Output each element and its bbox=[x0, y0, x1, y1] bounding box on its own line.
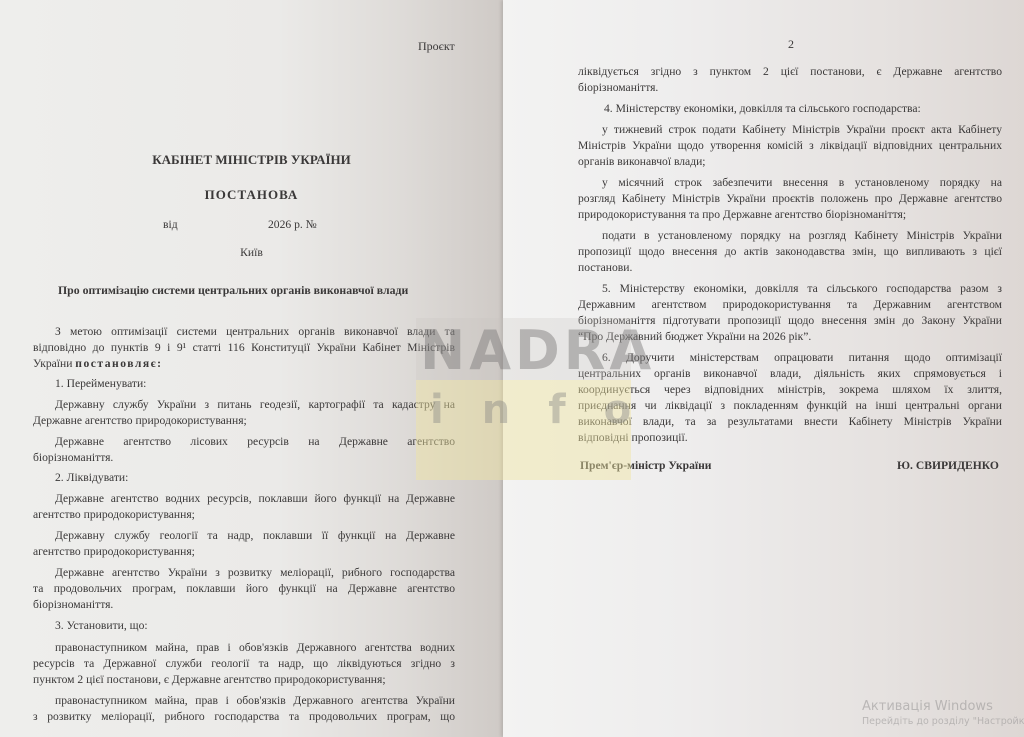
item-4-b-line: у місячний строк забезпечити внесення в … bbox=[578, 175, 1002, 191]
item-5-line: Державним агентством природокористування… bbox=[578, 297, 1002, 313]
item-2-c-line: біорізноманіття. bbox=[33, 597, 455, 613]
signature-name: Ю. СВИРИДЕНКО bbox=[897, 458, 999, 474]
date-year-label: 2026 р. № bbox=[268, 217, 317, 233]
document-subject: Про оптимізацію системи центральних орга… bbox=[58, 282, 408, 298]
item-2-title: 2. Ліквідувати: bbox=[55, 470, 477, 486]
continuation-line: біорізноманіття. bbox=[578, 80, 1002, 96]
document-type-heading: ПОСТАНОВА bbox=[0, 187, 503, 203]
item-4-c-line: постанови. bbox=[578, 260, 1002, 276]
item-1-title: 1. Перейменувати: bbox=[55, 376, 477, 392]
organization-heading: КАБІНЕТ МІНІСТРІВ УКРАЇНИ bbox=[0, 152, 503, 168]
item-4-b-line: природокористування та про Державне аген… bbox=[578, 207, 1002, 223]
city-label: Київ bbox=[0, 245, 503, 261]
page-number: 2 bbox=[788, 36, 794, 52]
item-1-a-line: Державне агентство природокористування; bbox=[33, 413, 455, 429]
preamble-text: України bbox=[33, 357, 75, 370]
item-2-a-line: агентство природокористування; bbox=[33, 507, 455, 523]
preamble-line: З метою оптимізації системи центральних … bbox=[33, 324, 455, 340]
item-3-a-line: правонаступником майна, прав і обов'язкі… bbox=[33, 640, 455, 656]
item-4-a-line: у тижневий строк подати Кабінету Міністр… bbox=[578, 122, 1002, 138]
draft-label: Проєкт bbox=[418, 38, 455, 54]
windows-activation-subtitle: Перейдіть до розділу "Настройки" bbox=[862, 716, 1024, 728]
item-2-a-line: Державне агентство водних ресурсів, покл… bbox=[33, 491, 455, 507]
item-2-c-line: Державне агентство України з розвитку ме… bbox=[33, 565, 455, 581]
item-2-b-line: агентство природокористування; bbox=[33, 544, 455, 560]
item-3-title: 3. Установити, що: bbox=[55, 618, 477, 634]
item-3-b-line: правонаступником майна, прав і обов'язкі… bbox=[33, 693, 455, 709]
item-4-b-line: розгляд Кабінету Міністрів України проєк… bbox=[578, 191, 1002, 207]
item-1-a-line: Державну службу України з питань геодезі… bbox=[33, 397, 455, 413]
item-4-c-line: пропозиції щодо внесення до актів законо… bbox=[578, 244, 1002, 260]
windows-activation-title: Активація Windows bbox=[862, 699, 993, 715]
watermark-sub: info bbox=[430, 388, 669, 432]
watermark-brand: NADRA bbox=[420, 322, 655, 380]
item-3-a-line: ресурсів та Державної служби геології та… bbox=[33, 656, 455, 672]
item-1-b-line: біорізноманіття. bbox=[33, 450, 455, 466]
item-3-b-line: з розвитку меліорації, рибного господарс… bbox=[33, 709, 455, 725]
item-1-b-line: Державне агентство лісових ресурсів на Д… bbox=[33, 434, 455, 450]
item-5-line: 5. Міністерству економіки, довкілля та с… bbox=[578, 281, 1002, 297]
item-4-a-line: Міністрів України щодо утворення комісій… bbox=[578, 138, 1002, 154]
item-4-c-line: подати в установленому порядку на розгля… bbox=[578, 228, 1002, 244]
decree-keyword: постановляє: bbox=[75, 357, 162, 370]
date-from-label: від bbox=[163, 217, 178, 233]
item-3-a-line: пунктом 2 цієї постанови, є Державне аге… bbox=[33, 672, 455, 688]
item-4-title: 4. Міністерству економіки, довкілля та с… bbox=[604, 101, 1024, 117]
continuation-line: ліквідується згідно з пунктом 2 цієї пос… bbox=[578, 64, 1002, 80]
preamble-line: України постановляє: bbox=[33, 356, 455, 372]
item-2-b-line: Державну службу геології та надр, поклав… bbox=[33, 528, 455, 544]
item-4-a-line: органів виконавчої влади; bbox=[578, 154, 1002, 170]
preamble-line: відповідно до пунктів 9 і 9¹ статті 116 … bbox=[33, 340, 455, 356]
item-2-c-line: та продовольчих програм, поклавши його ф… bbox=[33, 581, 455, 597]
